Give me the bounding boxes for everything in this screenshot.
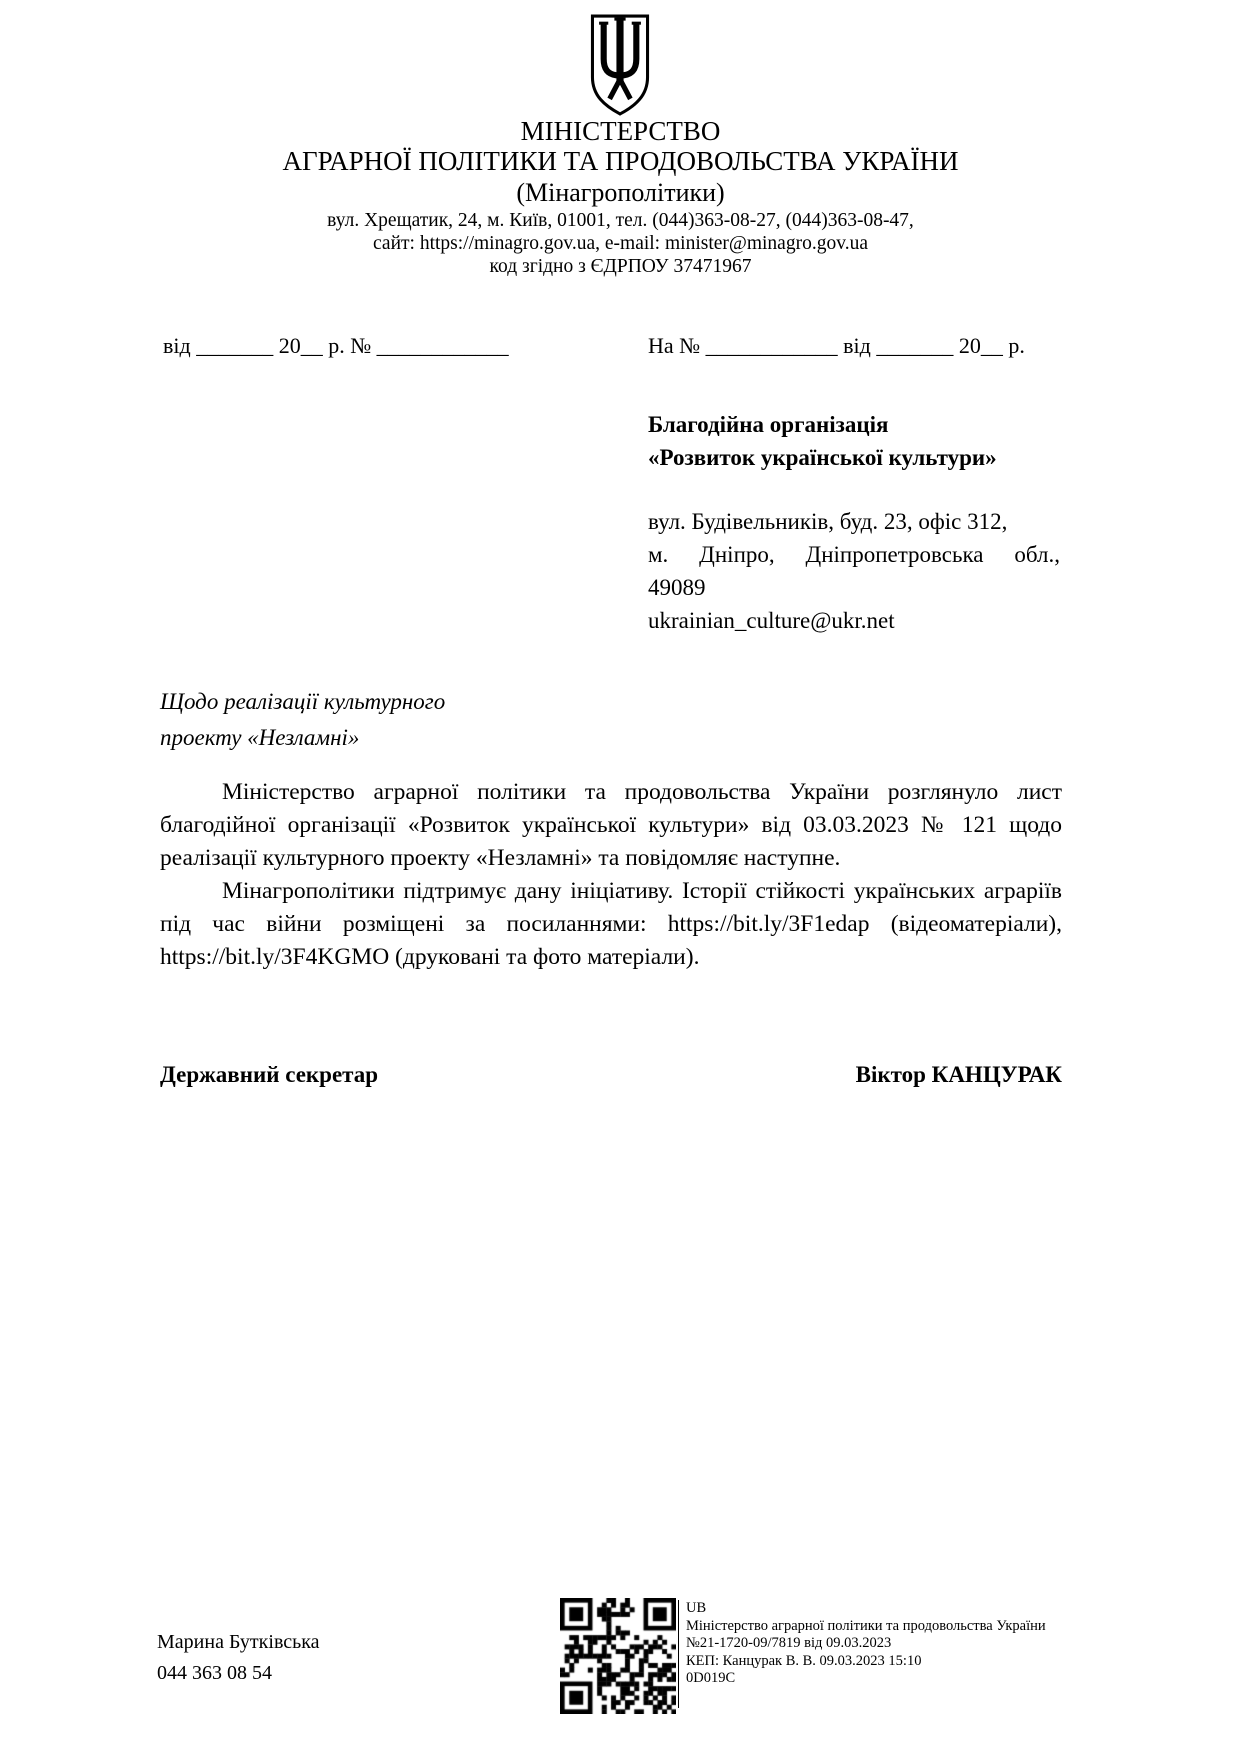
recipient-address-line1: вул. Будівельників, буд. 23, офіс 312,	[648, 505, 1060, 538]
qr-code	[560, 1598, 676, 1714]
ukraine-trident-emblem	[588, 14, 652, 116]
executor-phone: 044 363 08 54	[157, 1658, 320, 1689]
subject-line1: Щодо реалізації культурного	[160, 684, 445, 720]
ministry-edrpou: код згідно з ЄДРПОУ 37471967	[0, 255, 1241, 278]
recipient-name-line1: Благодійна організація	[648, 408, 1060, 441]
body-paragraph-2: Мінагрополітики підтримує дану ініціатив…	[160, 875, 1062, 974]
digital-signature-stamp: UB Міністерство аграрної політики та про…	[678, 1600, 1096, 1708]
signer-title: Державний секретар	[160, 1062, 378, 1088]
ministry-name-line1: МІНІСТЕРСТВО	[0, 116, 1241, 146]
recipient-block: Благодійна організація «Розвиток українс…	[648, 408, 1060, 637]
outgoing-reference-line: від _______ 20__ р. № ____________	[163, 333, 509, 359]
stamp-document-number: №21-1720-09/7819 від 09.03.2023	[686, 1635, 1096, 1653]
recipient-address-line2: м. Дніпро, Дніпропетровська обл.,	[648, 538, 1060, 571]
body-paragraph-1: Міністерство аграрної політики та продов…	[160, 776, 1062, 875]
ministry-short-name: (Мінагрополітики)	[0, 176, 1241, 209]
letter-body: Міністерство аграрної політики та продов…	[160, 776, 1062, 974]
ministry-name-line2: АГРАРНОЇ ПОЛІТИКИ ТА ПРОДОВОЛЬСТВА УКРАЇ…	[0, 146, 1241, 176]
signer-name: Віктор КАНЦУРАК	[856, 1062, 1062, 1088]
recipient-spacer	[648, 474, 1060, 505]
subject-line2: проекту «Незламні»	[160, 720, 445, 756]
executor-contact: Марина Бутківська 044 363 08 54	[157, 1627, 320, 1689]
subject-block: Щодо реалізації культурного проекту «Нез…	[160, 684, 445, 756]
recipient-name-line2: «Розвиток української культури»	[648, 441, 1060, 474]
ministry-address: вул. Хрещатик, 24, м. Київ, 01001, тел. …	[0, 209, 1241, 232]
recipient-postal-code: 49089	[648, 571, 1060, 604]
executor-name: Марина Бутківська	[157, 1627, 320, 1658]
stamp-ministry-name: Міністерство аграрної політики та продов…	[686, 1618, 1096, 1636]
stamp-kep-signature: КЕП: Канцурак В. В. 09.03.2023 15:10	[686, 1653, 1096, 1671]
signature-row: Державний секретар Віктор КАНЦУРАК	[160, 1062, 1062, 1088]
letter-page: МІНІСТЕРСТВО АГРАРНОЇ ПОЛІТИКИ ТА ПРОДОВ…	[0, 0, 1241, 1754]
recipient-email: ukrainian_culture@ukr.net	[648, 604, 1060, 637]
stamp-code: 0D019C	[686, 1670, 1096, 1688]
ministry-contacts: сайт: https://minagro.gov.ua, e-mail: mi…	[0, 232, 1241, 255]
letterhead: МІНІСТЕРСТВО АГРАРНОЇ ПОЛІТИКИ ТА ПРОДОВ…	[0, 116, 1241, 278]
incoming-reference-line: На № ____________ від _______ 20__ р.	[648, 333, 1025, 359]
stamp-line-ub: UB	[686, 1600, 1096, 1618]
